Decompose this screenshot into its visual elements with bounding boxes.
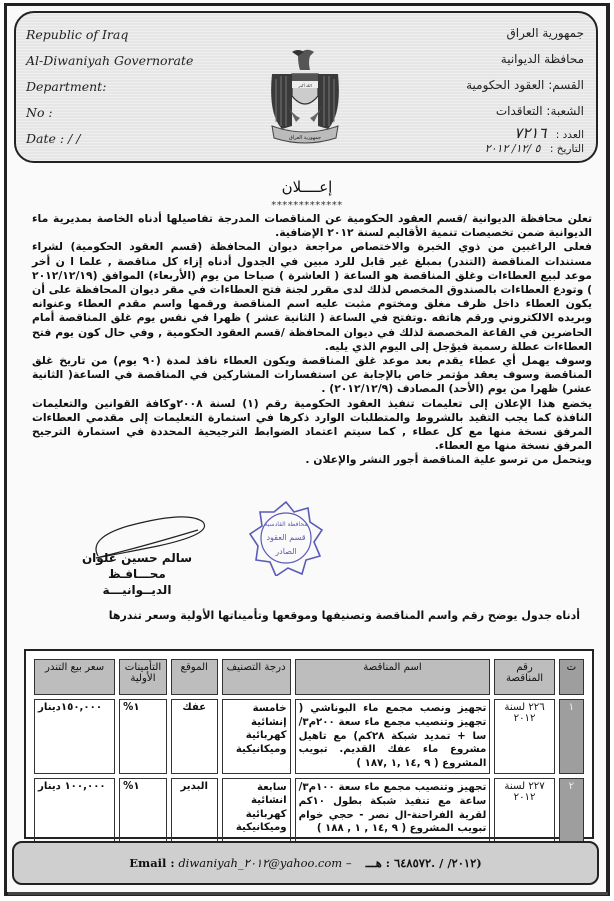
phone-date-block: (٢٠١٢/ / .٦٤٨٥٧٢ : هـــ xyxy=(366,856,482,870)
bottom-border xyxy=(8,892,608,895)
governorate-ar: محافظة الديوانية xyxy=(466,48,584,74)
svg-text:قسم العقود: قسم العقود xyxy=(266,533,305,542)
cell-location: البدير xyxy=(171,778,218,844)
cell-number: ٢٢٧ لسنة ٢٠١٢ xyxy=(494,778,554,844)
header-location: الموقع xyxy=(171,659,218,695)
department-en: Department: xyxy=(26,78,193,104)
signatory-block: سالم حسين علوان محـــافـظ الديــوانيـــة xyxy=(72,550,202,598)
section-ar: الشعبة: التعاقدات xyxy=(466,100,584,126)
paragraph-intro: تعلن محافظة الديوانية /قسم العقود الحكوم… xyxy=(32,212,592,240)
svg-text:الله أكبر: الله أكبر xyxy=(297,83,312,88)
country-ar: جمهورية العراق xyxy=(466,22,584,48)
country-en: Republic of Iraq xyxy=(26,26,193,52)
cell-seq: ١ xyxy=(559,699,584,774)
date-label: التاريخ : xyxy=(550,143,584,155)
cell-classification: سابعة انشائية كهربائية وميكانيكية xyxy=(222,778,291,844)
number-label: العدد : xyxy=(556,129,584,141)
paragraph-submission: فعلى الراغبين من ذوي الخبرة والاختصاص مر… xyxy=(32,240,592,354)
iraq-emblem-icon: الله أكبر جمهورية العراق xyxy=(262,34,348,150)
announcement-title: إعــــلان xyxy=(0,178,614,196)
date-en: Date : / / xyxy=(26,130,193,156)
cell-classification: خامسة إنشائية كهربائية وميكانيكية xyxy=(222,699,291,774)
cell-price: ١٠٠,٠٠٠ دينار xyxy=(34,778,115,844)
date-ar: التاريخ : ٥ /١٢/ ٢٠١٢ xyxy=(466,141,584,156)
svg-text:محافظة القادسية: محافظة القادسية xyxy=(265,521,308,528)
date-value: ٥ /١٢/ ٢٠١٢ xyxy=(485,142,541,155)
number-ar: العدد : ٧٢١٦ xyxy=(466,126,584,141)
paragraph-regulations: يخضع هذا الإعلان إلى تعليمات تنفيذ العقو… xyxy=(32,397,592,454)
header-insurance: التأمينات الأولية xyxy=(119,659,167,695)
paragraph-validity: وسوف يهمل أي عطاء يقدم بعد موعد غلق المن… xyxy=(32,354,592,397)
official-stamp-icon: محافظة القادسية قسم العقود الصادر xyxy=(248,500,324,576)
header-name: اسم المناقصة xyxy=(295,659,491,695)
cell-insurance: %١ xyxy=(119,699,167,774)
number-en: No : xyxy=(26,104,193,130)
table-row: ١ ٢٢٦ لسنة ٢٠١٢ تجهيز ونصب مجمع ماء البو… xyxy=(34,699,584,774)
governorate-en: Al-Diwaniyah Governorate xyxy=(26,52,193,78)
english-letterhead: Republic of Iraq Al-Diwaniyah Governorat… xyxy=(26,26,193,156)
department-ar: القسم: العقود الحكومية xyxy=(466,74,584,100)
number-value: ٧٢١٦ xyxy=(514,124,546,142)
title-separator: ************* xyxy=(0,200,614,211)
cell-name: تجهيز وتنصيب مجمع ماء سعة ١٠٠م٣/ساعة مع … xyxy=(295,778,491,844)
signatory-title: محـــافـظ الديــوانيـــة xyxy=(72,566,202,598)
tenders-table: ت رقم المناقصة اسم المناقصة درجة التصنيف… xyxy=(30,655,588,848)
email-address[interactable]: diwaniyah_٢٠١٢@yahoo.com – xyxy=(178,856,351,870)
header-classification: درجة التصنيف xyxy=(222,659,291,695)
announcement-body: تعلن محافظة الديوانية /قسم العقود الحكوم… xyxy=(32,212,592,468)
arabic-letterhead: جمهورية العراق محافظة الديوانية القسم: ا… xyxy=(466,22,584,156)
table-row: ٢ ٢٢٧ لسنة ٢٠١٢ تجهيز وتنصيب مجمع ماء سع… xyxy=(34,778,584,844)
svg-text:الصادر: الصادر xyxy=(274,547,296,556)
cell-price: ١٥٠,٠٠٠دينار xyxy=(34,699,115,774)
header-price: سعر بيع التندر xyxy=(34,659,115,695)
table-header-row: ت رقم المناقصة اسم المناقصة درجة التصنيف… xyxy=(34,659,584,695)
cell-insurance: %١ xyxy=(119,778,167,844)
cell-seq: ٢ xyxy=(559,778,584,844)
email-label: Email : xyxy=(129,856,174,870)
paragraph-fees: ويتحمل من ترسو علية المناقصة أجور النشر … xyxy=(32,453,592,467)
footer-contact: Email : diwaniyah_٢٠١٢@yahoo.com – (٢٠١٢… xyxy=(12,841,599,885)
cell-number: ٢٢٦ لسنة ٢٠١٢ xyxy=(494,699,554,774)
header-number: رقم المناقصة xyxy=(494,659,554,695)
cell-name: تجهيز ونصب مجمع ماء البوناشي ( تجهيز وتن… xyxy=(295,699,491,774)
cell-location: عفك xyxy=(171,699,218,774)
table-intro: أدناه جدول يوضح رقم واسم المناقصة وتصنيف… xyxy=(109,609,580,622)
email-block: Email : diwaniyah_٢٠١٢@yahoo.com – xyxy=(129,856,351,870)
svg-text:جمهورية العراق: جمهورية العراق xyxy=(289,135,321,141)
signatory-name: سالم حسين علوان xyxy=(72,550,202,566)
header-seq: ت xyxy=(559,659,584,695)
tenders-table-frame: ت رقم المناقصة اسم المناقصة درجة التصنيف… xyxy=(24,649,594,839)
